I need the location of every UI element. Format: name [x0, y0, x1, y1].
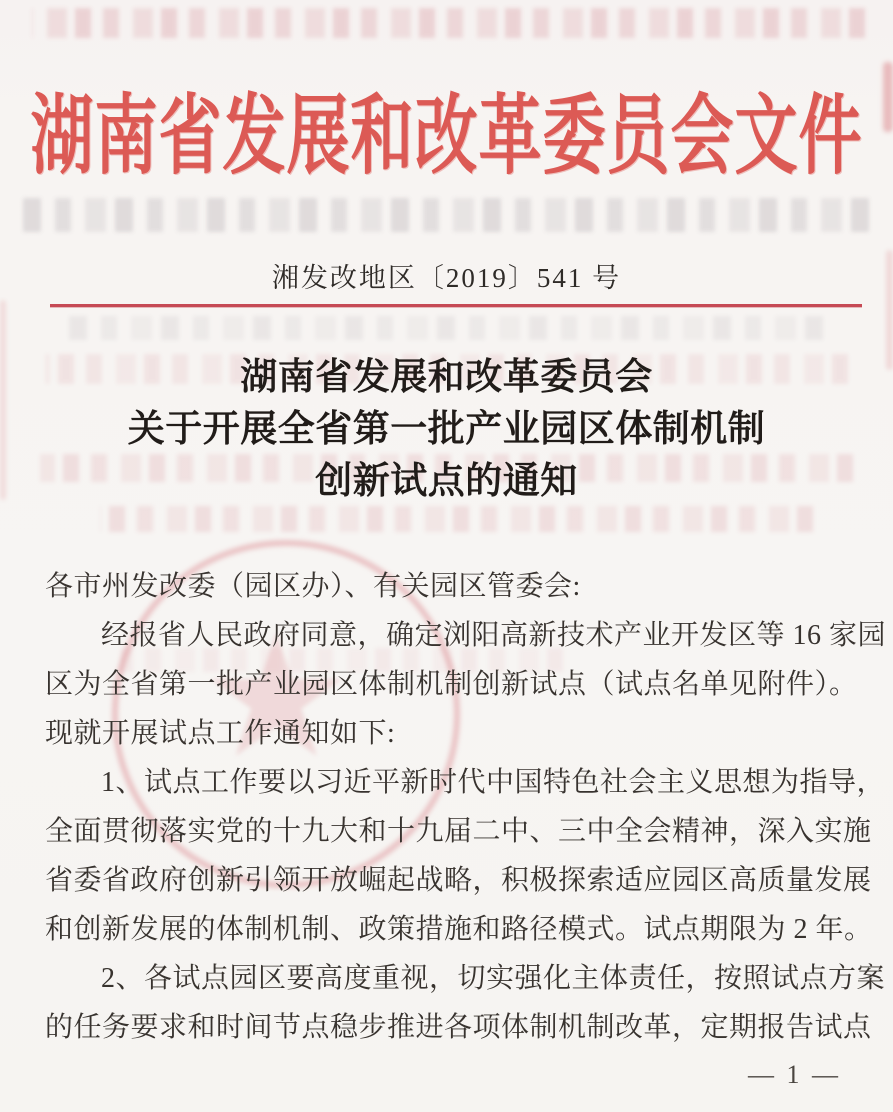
notice-body: 各市州发改委（园区办）、有关园区管委会: 经报省人民政府同意，确定浏阳高新技术产…	[45, 562, 857, 1052]
page-number: — 1 —	[748, 1060, 841, 1090]
notice-title-line-1: 湖南省发展和改革委员会	[0, 352, 893, 404]
body-line-salutation: 各市州发改委（园区办）、有关园区管委会:	[45, 562, 857, 611]
notice-title-line-3: 创新试点的通知	[0, 456, 893, 508]
body-line: 和创新发展的体制机制、政策措施和路径模式。试点期限为 2 年。	[45, 905, 857, 954]
body-line: 的任务要求和时间节点稳步推进各项体制机制改革，定期报告试点	[45, 1003, 857, 1052]
red-divider-rule	[50, 304, 862, 307]
body-line-item-1: 1、试点工作要以习近平新时代中国特色社会主义思想为指导，	[45, 758, 857, 807]
body-line: 区为全省第一批产业园区体制机制创新试点（试点名单见附件）。	[45, 660, 857, 709]
document-content: 湖南省发展和改革委员会文件 湘发改地区〔2019〕541 号 湖南省发展和改革委…	[0, 0, 893, 1112]
body-line: 省委省政府创新引领开放崛起战略，积极探索适应园区高质量发展	[45, 856, 857, 905]
body-line: 现就开展试点工作通知如下:	[45, 709, 857, 758]
body-line: 全面贯彻落实党的十九大和十九届二中、三中全会精神，深入实施	[45, 807, 857, 856]
notice-title-line-2: 关于开展全省第一批产业园区体制机制	[0, 404, 893, 456]
scanned-document-page: ★ 湖南省发展和改革委员会文件 湘发改地区〔2019〕541 号 湖南省发展和改…	[0, 0, 893, 1112]
notice-title: 湖南省发展和改革委员会 关于开展全省第一批产业园区体制机制 创新试点的通知	[0, 352, 893, 508]
body-line: 经报省人民政府同意，确定浏阳高新技术产业开发区等 16 家园	[45, 611, 857, 660]
red-header-title: 湖南省发展和改革委员会文件	[0, 66, 893, 192]
body-line-item-2: 2、各试点园区要高度重视，切实强化主体责任，按照试点方案	[45, 954, 857, 1003]
document-number: 湘发改地区〔2019〕541 号	[0, 256, 893, 295]
